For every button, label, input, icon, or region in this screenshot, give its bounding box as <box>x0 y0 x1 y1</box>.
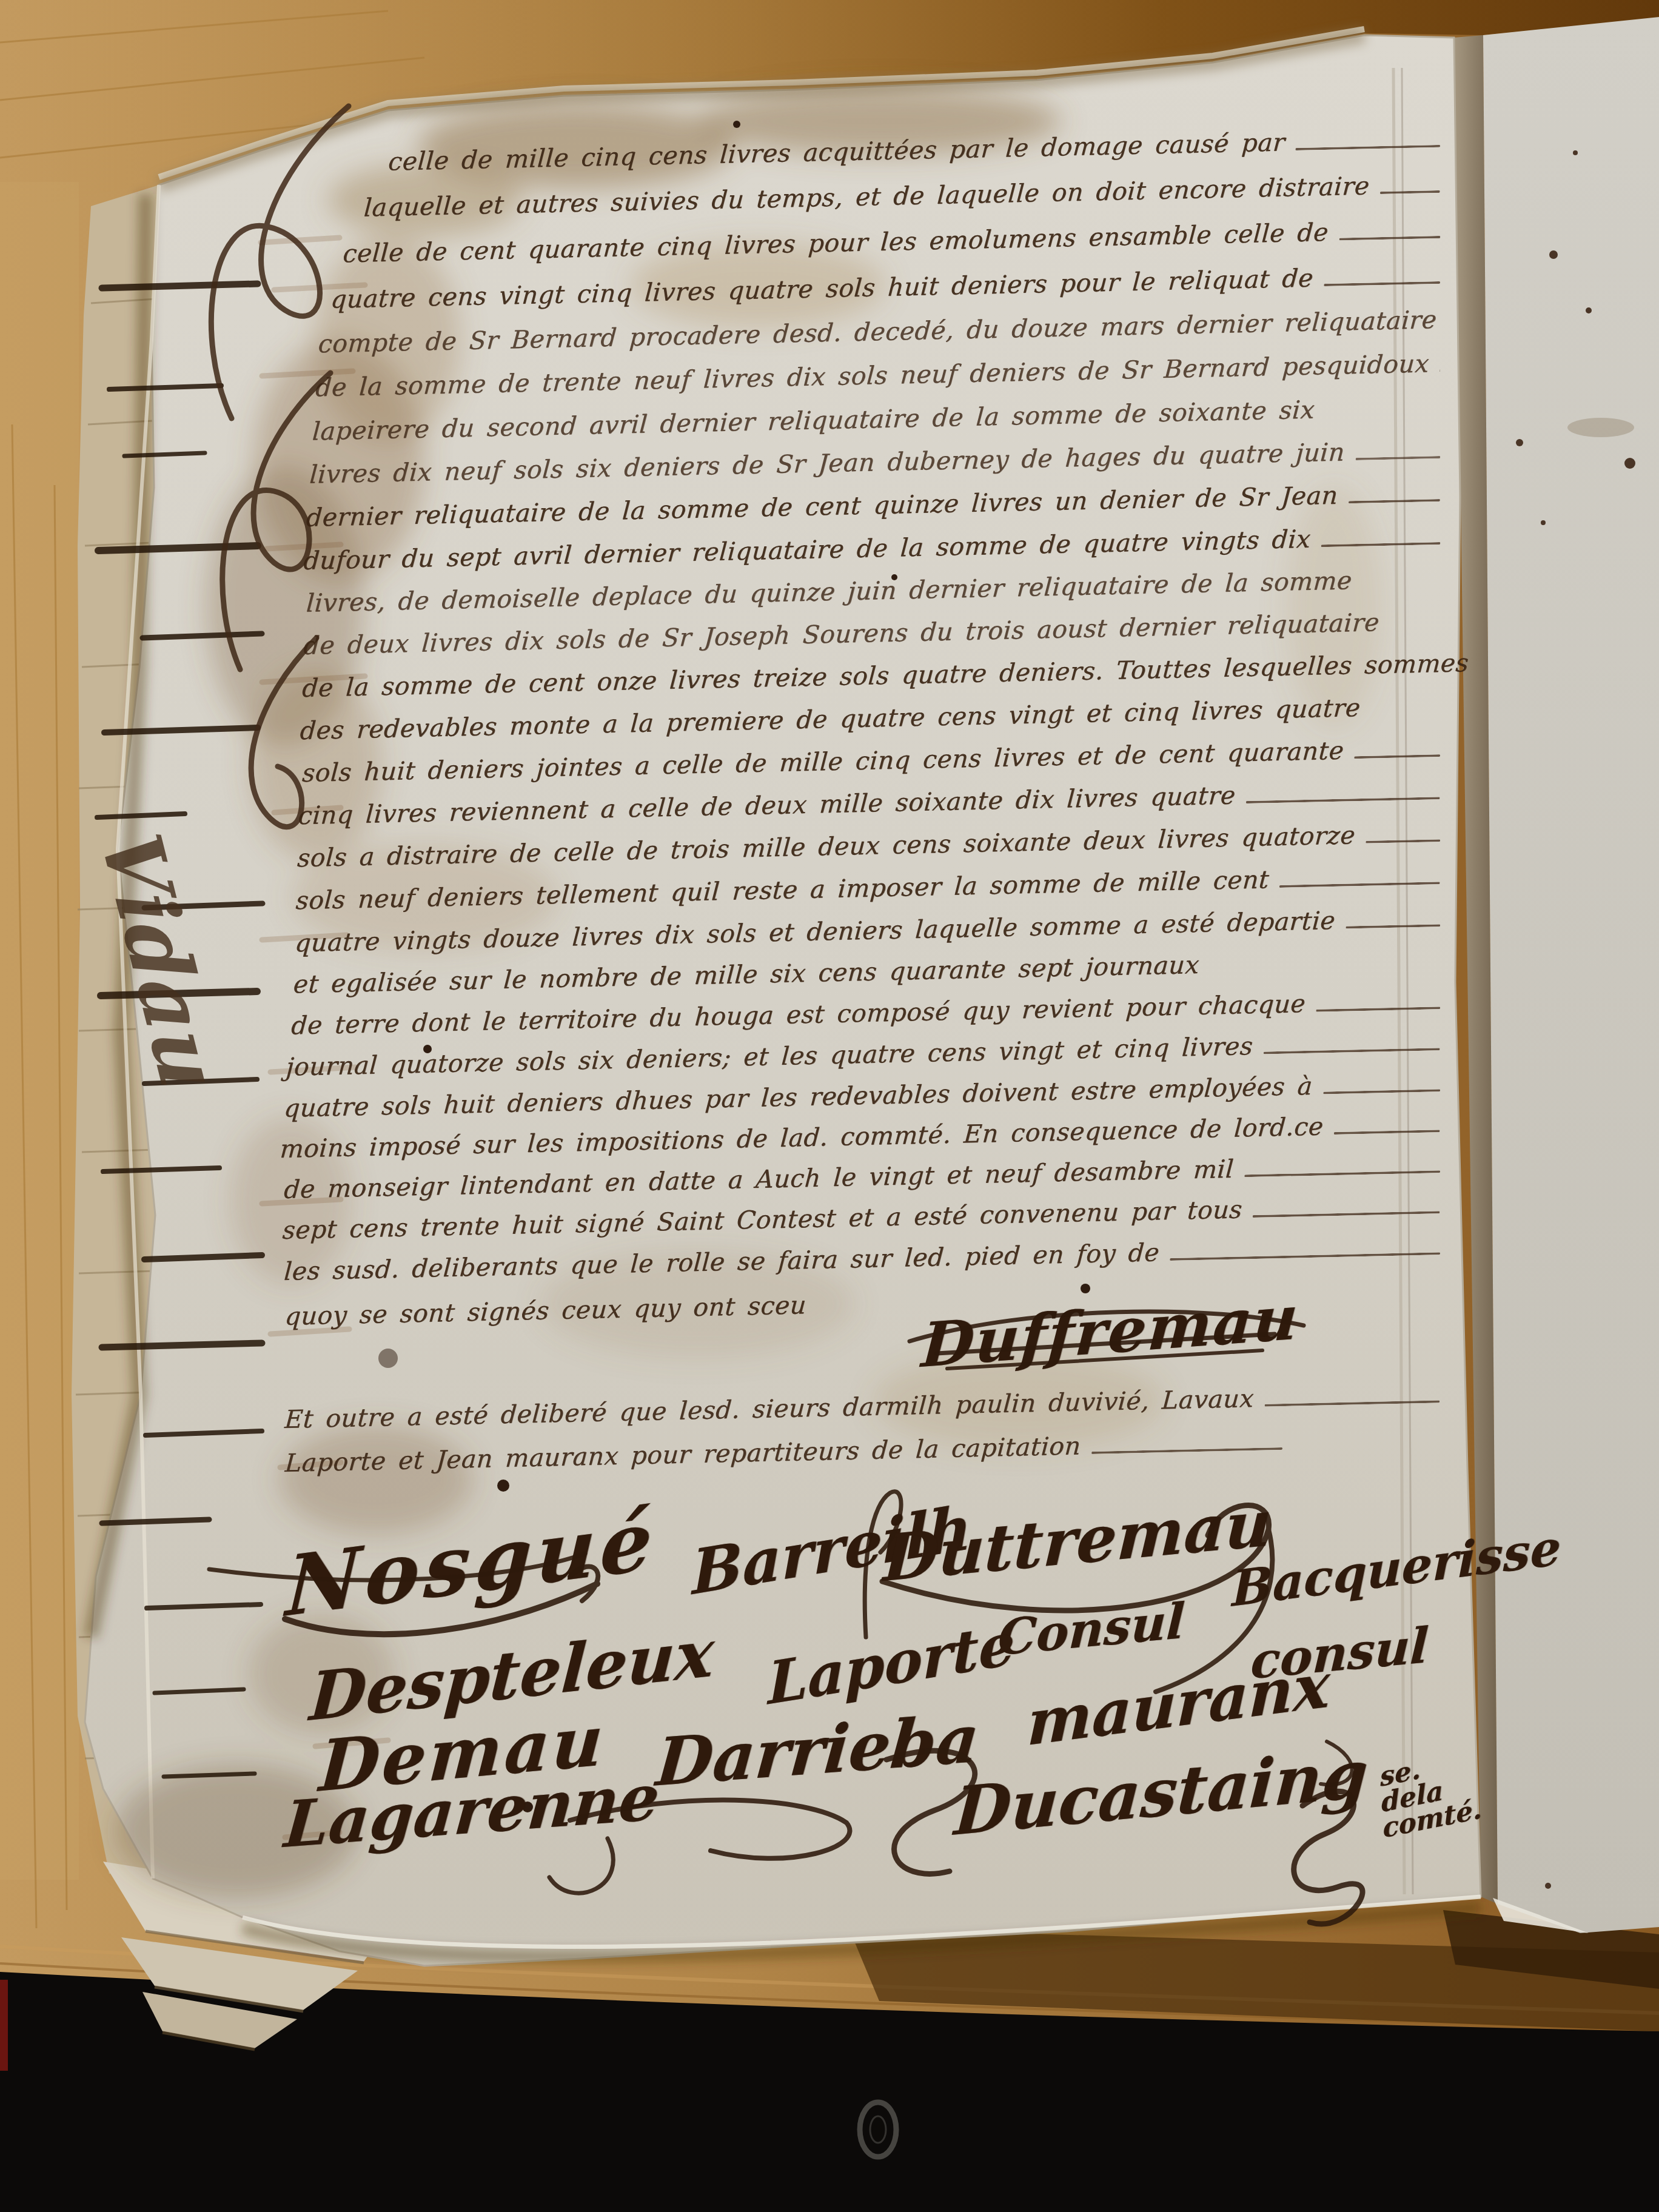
red-object-sliver <box>0 1980 8 2071</box>
signature-bacquerisse: Bacquerisse <box>1232 1518 1561 1618</box>
manuscript-line: celle de cent quarante cinq livres pour … <box>342 216 1444 269</box>
manuscript-line: sols a distraire de celle de trois mille… <box>297 819 1444 873</box>
line-text: de deux livres dix sols de Sr Joseph Sou… <box>303 608 1380 660</box>
manuscript-line: dernier reliquataire de la somme de cent… <box>306 479 1444 532</box>
line-end-rule <box>1349 499 1441 503</box>
line-end-rule <box>1354 754 1440 759</box>
line-text: cinq livres reviennent a celle de deux m… <box>297 781 1236 830</box>
line-text: sols huit deniers jointes a celle de mil… <box>301 737 1345 788</box>
line-text: de monseigr lintendant en datte a Auch l… <box>283 1155 1235 1204</box>
line-end-rule <box>1346 924 1440 928</box>
postscript-line: Laporte et Jean mauranx pour repartiteur… <box>284 1427 1287 1478</box>
manuscript-line: sols huit deniers jointes a celle de mil… <box>301 734 1444 788</box>
manuscript-line: laquelle et autres suivies du temps, et … <box>363 170 1444 223</box>
line-end-rule <box>1264 1400 1439 1406</box>
line-end-rule <box>1263 1048 1439 1054</box>
line-text: livres, de demoiselle deplace du quinze … <box>306 566 1353 618</box>
line-end-rule <box>1324 281 1440 286</box>
line-end-rule <box>1355 456 1441 460</box>
line-text: compte de Sr Bernard procadere desd. dec… <box>317 306 1438 358</box>
line-text: des redevables monte a la premiere de qu… <box>299 694 1361 745</box>
line-text: sols a distraire de celle de trois mille… <box>297 821 1356 873</box>
line-text: de terre dont le territoire du houga est… <box>290 990 1307 1041</box>
line-end-rule <box>1321 542 1441 547</box>
line-text: livres dix neuf sols six deniers de Sr J… <box>309 438 1346 489</box>
line-text: dufour du sept avril dernier reliquatair… <box>303 525 1312 575</box>
line-end-rule <box>1316 1007 1440 1011</box>
line-end-rule <box>1246 797 1440 803</box>
line-text: de la somme de trente neuf livres dix so… <box>315 349 1430 402</box>
line-end-rule <box>1380 190 1440 194</box>
manuscript-line: compte de Sr Bernard procadere desd. dec… <box>317 306 1444 359</box>
signature-duttremau-title: Consul <box>997 1592 1186 1666</box>
signature-nosgue: Nosgué <box>284 1490 659 1635</box>
line-text: celle de cent quarante cinq livres pour … <box>342 218 1329 269</box>
line-text: et egalisée sur le nombre de mille six c… <box>292 951 1200 999</box>
signature-ducastaing: Ducastaing <box>952 1735 1370 1851</box>
line-end-rule <box>1334 1130 1440 1134</box>
line-end-rule <box>1439 369 1440 372</box>
manuscript-line: quatre vingts douze livres dix sols et d… <box>294 904 1444 958</box>
line-text: laquelle et autres suivies du temps, et … <box>363 172 1370 222</box>
line-text: sols neuf deniers tellement quil reste a… <box>295 865 1270 915</box>
manuscript-line: lapeirere du second avril dernier reliqu… <box>311 395 1315 446</box>
manuscript-line: de deux livres dix sols de Sr Joseph Sou… <box>303 608 1380 660</box>
manuscript-line: de la somme de trente neuf livres dix so… <box>315 349 1444 403</box>
line-end-rule <box>1339 236 1441 241</box>
manuscript-line: des redevables monte a la premiere de qu… <box>299 694 1361 745</box>
line-text: quatre cens vingt cinq livres quatre sol… <box>330 264 1315 314</box>
line-text: lapeirere du second avril dernier reliqu… <box>311 395 1315 446</box>
line-end-rule <box>1253 1211 1440 1218</box>
manuscript-photo-scene: celle de mille cinq cens livres acquitté… <box>0 0 1659 2212</box>
line-text: dernier reliquataire de la somme de cent… <box>306 481 1339 532</box>
line-end-rule <box>1295 145 1440 150</box>
manuscript-line: quatre cens vingt cinq livres quatre sol… <box>330 261 1444 314</box>
manuscript-line: quoy se sont signés ceux quy ont sceu <box>284 1291 807 1331</box>
manuscript-text-block: celle de mille cinq cens livres acquitté… <box>212 14 1564 1982</box>
line-text: quoy se sont signés ceux quy ont sceu <box>284 1291 807 1331</box>
line-end-rule <box>1279 882 1440 888</box>
manuscript-line: celle de mille cinq cens livres acquitté… <box>387 125 1444 176</box>
line-text: sept cens trente huit signé Saint Contes… <box>281 1195 1243 1245</box>
manuscript-line: livres dix neuf sols six deniers de Sr J… <box>309 436 1444 489</box>
line-text: celle de mille cinq cens livres acquitté… <box>387 128 1286 176</box>
postscript-line: Et outre a esté deliberé que lesd. sieur… <box>284 1380 1444 1434</box>
manuscript-line: et egalisée sur le nombre de mille six c… <box>292 951 1200 999</box>
closing-signature-duffremau: Duffremau <box>919 1281 1301 1381</box>
line-end-rule <box>1244 1170 1440 1177</box>
manuscript-line: livres, de demoiselle deplace du quinze … <box>306 566 1353 618</box>
line-end-rule <box>1091 1447 1283 1454</box>
signature-darrieba: Darrieba <box>653 1700 982 1801</box>
line-end-rule <box>1170 1252 1440 1261</box>
line-end-rule <box>1366 839 1440 843</box>
line-text: les susd. deliberants que le rolle se fa… <box>283 1238 1161 1286</box>
line-end-rule <box>1323 1089 1441 1094</box>
line-text: Laporte et Jean mauranx pour repartiteur… <box>284 1432 1082 1478</box>
signature-ducastaing-title: se. dela comté. <box>1379 1745 1482 1842</box>
line-text: Et outre a esté deliberé que lesd. sieur… <box>284 1384 1255 1434</box>
line-text: journal quatorze sols six deniers; et le… <box>285 1032 1254 1082</box>
